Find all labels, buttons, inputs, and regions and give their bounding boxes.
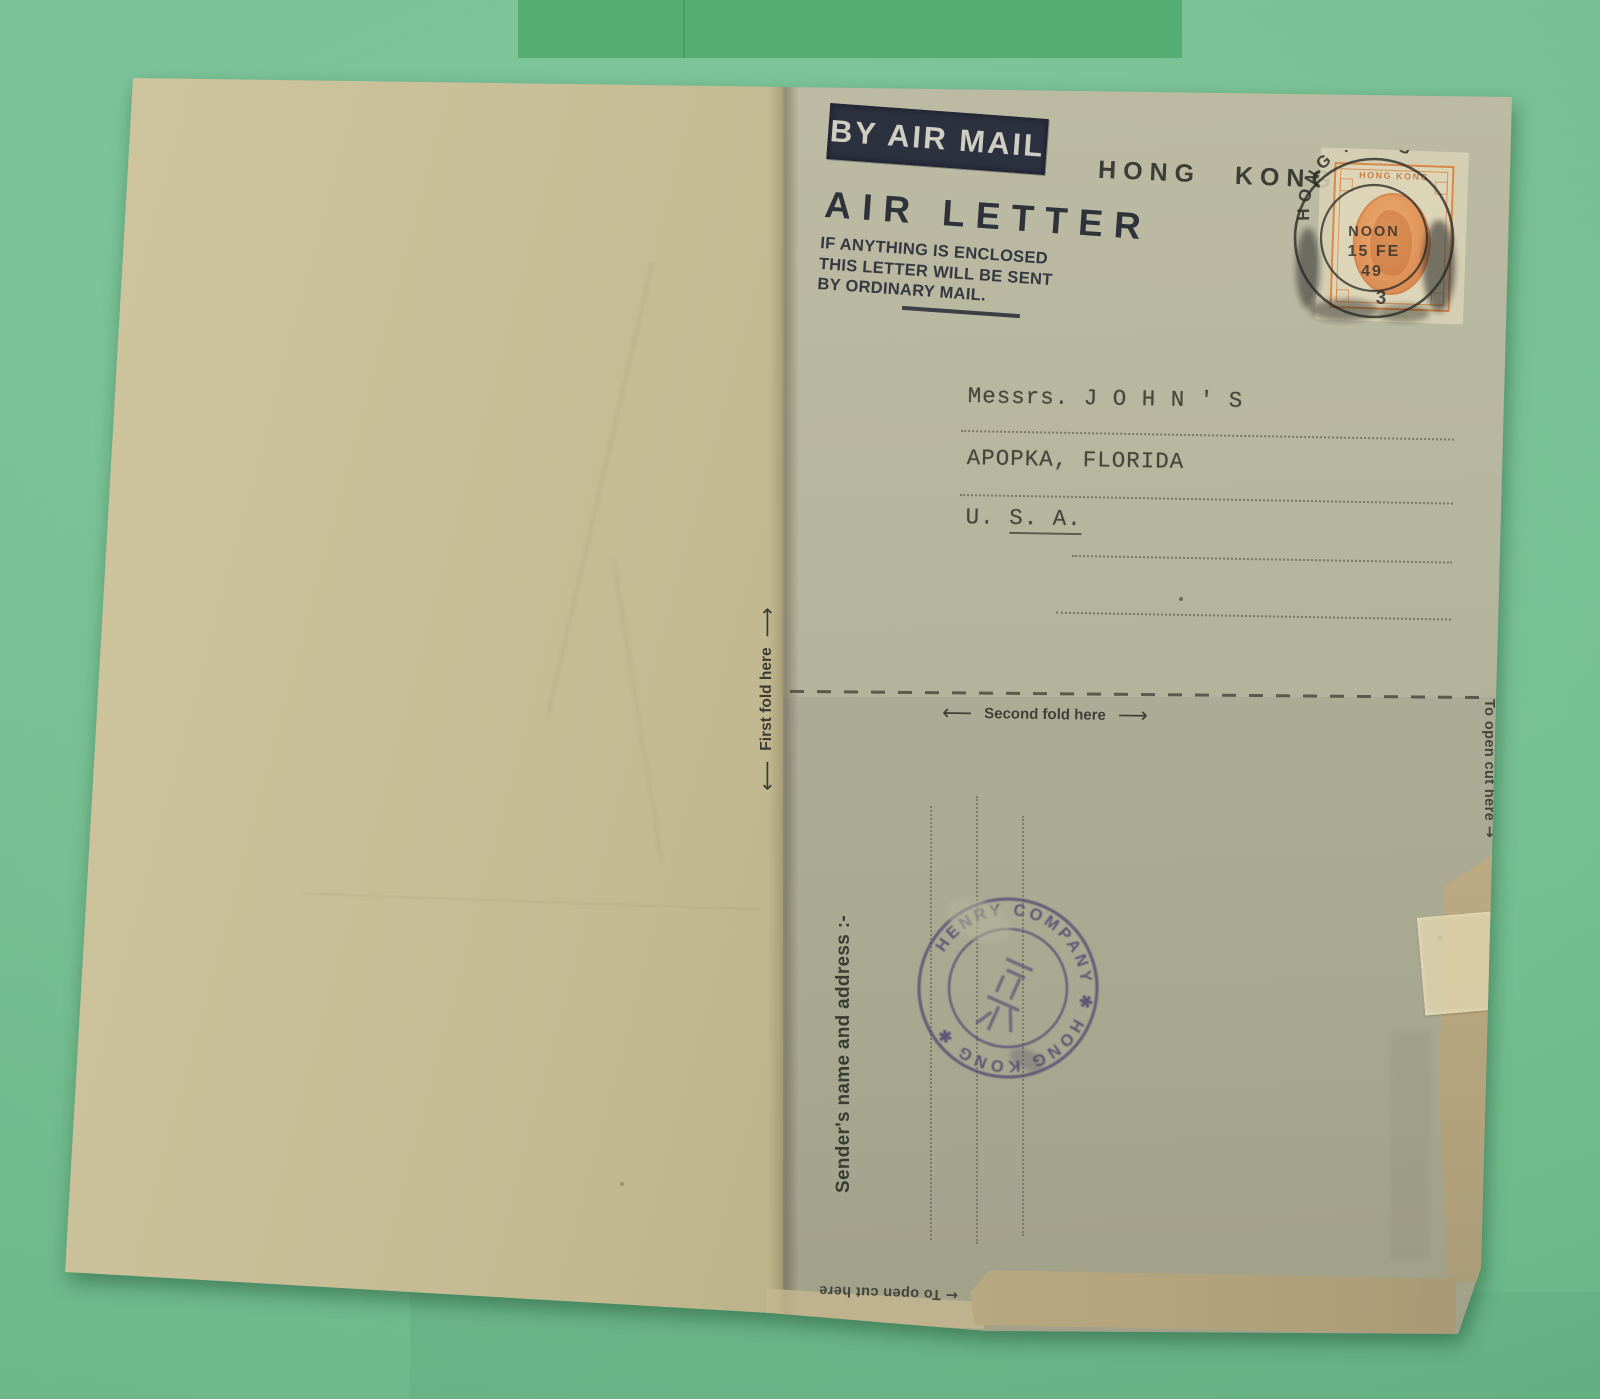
- letter-back-panel: [0, 0, 783, 1399]
- first-fold-label: ⟵ First fold here ⟶: [754, 573, 780, 825]
- cut-here-text: To open cut here: [1481, 699, 1497, 821]
- air-letter-sheet: BY AIR MAIL AIR LETTER IF ANYTHING IS EN…: [0, 0, 1600, 1399]
- cut-here-label-right: To open cut here →: [1481, 699, 1497, 859]
- address-line-3-prefix: U.: [965, 504, 1009, 531]
- air-letter-photo: BY AIR MAIL AIR LETTER IF ANYTHING IS EN…: [0, 0, 1600, 1399]
- arrow-up-icon: ⟶: [755, 607, 779, 637]
- address-line-3-underlined: S. A.: [1009, 505, 1082, 535]
- second-fold-text: Second fold here: [984, 705, 1106, 724]
- address-dotted-line: [1056, 612, 1451, 621]
- postmark-index-number: 3: [1376, 288, 1389, 309]
- postmark: HONG KONG NOON 15 FE 49 3: [1286, 150, 1462, 326]
- arrow-down-icon: →: [1481, 826, 1497, 839]
- postmark-date: 15 FE: [1348, 243, 1401, 260]
- first-fold-text: First fold here: [758, 647, 776, 750]
- by-air-mail-label: BY AIR MAIL: [829, 113, 1046, 165]
- postmark-year: 49: [1361, 263, 1383, 280]
- sealed-flap-bottom: [970, 1270, 1457, 1334]
- sender-address-label: Sender's name and address :-: [833, 878, 855, 1193]
- address-line-2: APOPKA, FLORIDA: [966, 445, 1184, 475]
- address-dotted-line: [961, 430, 1454, 441]
- address-line-3: U. S. A.: [965, 504, 1081, 532]
- arrow-right-icon: ⟶: [1118, 703, 1148, 727]
- second-fold-label: ⟵ Second fold here ⟶: [905, 700, 1185, 728]
- address-dotted-line: [1072, 555, 1452, 564]
- arrow-left-icon: ←: [945, 1286, 958, 1302]
- arrow-down-icon: ⟵: [755, 761, 779, 791]
- address-dotted-line: [960, 494, 1453, 505]
- address-line-1: Messrs. J O H N ' S: [968, 383, 1244, 414]
- sealed-flap-right: [1436, 846, 1506, 1282]
- tape-piece: [1417, 910, 1511, 1015]
- paper-speck: [620, 1182, 624, 1186]
- postmark-time: NOON: [1348, 224, 1400, 240]
- address-block: Messrs. J O H N ' S APOPKA, FLORIDA U. S…: [958, 383, 1457, 637]
- chop-chinese-characters: [977, 959, 1037, 1038]
- ghost-print-smudge: [1390, 1030, 1430, 1260]
- arrow-left-icon: ⟵: [942, 701, 972, 725]
